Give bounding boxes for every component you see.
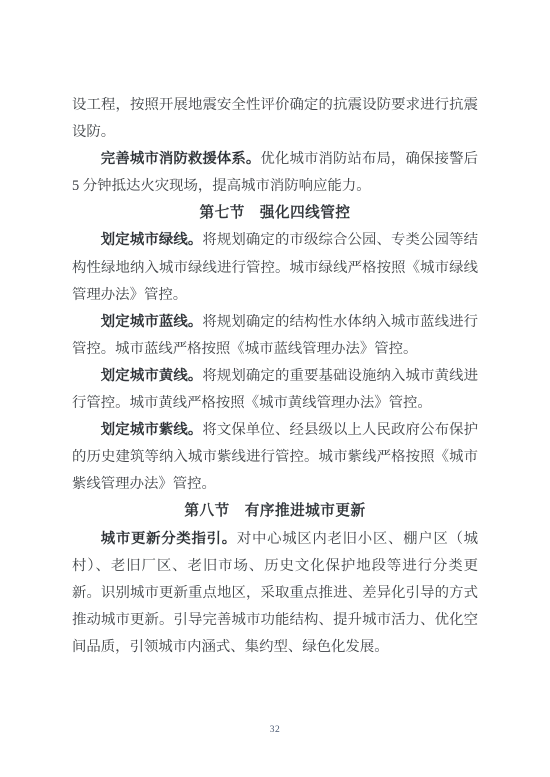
- page-content: 设工程，按照开展地震安全性评价确定的抗震设防要求进行抗震设防。 完善城市消防救援…: [72, 92, 478, 661]
- document-page: 设工程，按照开展地震安全性评价确定的抗震设防要求进行抗震设防。 完善城市消防救援…: [0, 0, 550, 777]
- paragraph-green-line: 划定城市绿线。将规划确定的市级综合公园、专类公园等结构性绿地纳入城市绿线进行管控…: [72, 227, 478, 308]
- paragraph-yellow-line: 划定城市黄线。将规划确定的重要基础设施纳入城市黄线进行管控。城市黄线严格按照《城…: [72, 363, 478, 417]
- paragraph-urban-renewal: 城市更新分类指引。对中心城区内老旧小区、棚户区（城村）、老旧厂区、老旧市场、历史…: [72, 526, 478, 661]
- paragraph-lead-fire-rescue: 完善城市消防救援体系。: [101, 151, 261, 167]
- section-heading-8-urban-renewal: 第八节 有序推进城市更新: [72, 498, 478, 525]
- paragraph-continuation-seismic: 设工程，按照开展地震安全性评价确定的抗震设防要求进行抗震设防。: [72, 92, 478, 146]
- paragraph-lead-blue-line: 划定城市蓝线。: [101, 314, 203, 330]
- paragraph-lead-yellow-line: 划定城市黄线。: [101, 368, 203, 384]
- paragraph-lead-purple-line: 划定城市紫线。: [101, 422, 203, 438]
- section-heading-7-four-lines: 第七节 强化四线管控: [72, 200, 478, 227]
- paragraph-fire-rescue: 完善城市消防救援体系。优化城市消防站布局，确保接警后 5 分钟抵达火灾现场，提高…: [72, 146, 478, 200]
- paragraph-lead-green-line: 划定城市绿线。: [101, 232, 203, 248]
- paragraph-blue-line: 划定城市蓝线。将规划确定的结构性水体纳入城市蓝线进行管控。城市蓝线严格按照《城市…: [72, 309, 478, 363]
- page-number: 32: [0, 725, 550, 735]
- paragraph-purple-line: 划定城市紫线。将文保单位、经县级以上人民政府公布保护的历史建筑等纳入城市紫线进行…: [72, 417, 478, 498]
- paragraph-body-urban-renewal: 对中心城区内老旧小区、棚户区（城村）、老旧厂区、老旧市场、历史文化保护地段等进行…: [72, 531, 478, 655]
- paragraph-lead-urban-renewal: 城市更新分类指引。: [101, 531, 237, 547]
